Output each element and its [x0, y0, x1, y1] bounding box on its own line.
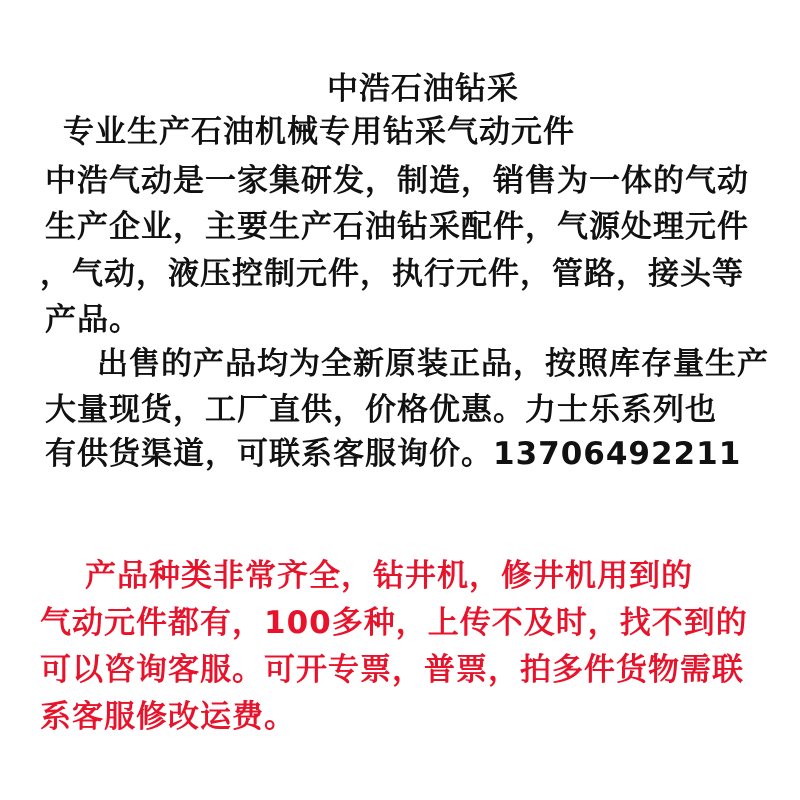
- sales-line-1: 出售的产品均为全新原装正品，按照库存量生产: [97, 344, 769, 384]
- notice-line-4: 系客服修改运费。: [40, 697, 296, 737]
- page-title: 中浩石油钻采: [327, 69, 519, 109]
- notice-line-3: 可以咨询客服。可开专票，普票，拍多件货物需联: [40, 650, 744, 690]
- sales-line-3: 有供货渠道，可联系客服询价。13706492211: [45, 434, 741, 474]
- page-subtitle: 专业生产石油机械专用钻采气动元件: [63, 112, 575, 152]
- intro-line-4: 产品。: [45, 300, 141, 340]
- notice-line-2: 气动元件都有，100多种，上传不及时，找不到的: [40, 603, 748, 643]
- intro-line-3: ，气动，液压控制元件，执行元件，管路，接头等: [40, 254, 744, 294]
- intro-line-1: 中浩气动是一家集研发，制造，销售为一体的气动: [45, 161, 749, 201]
- sales-line-2: 大量现货，工厂直供，价格优惠。力士乐系列也: [45, 390, 717, 430]
- notice-line-1: 产品种类非常齐全，钻井机，修井机用到的: [85, 556, 693, 596]
- intro-line-2: 生产企业，主要生产石油钻采配件，气源处理元件: [45, 207, 749, 247]
